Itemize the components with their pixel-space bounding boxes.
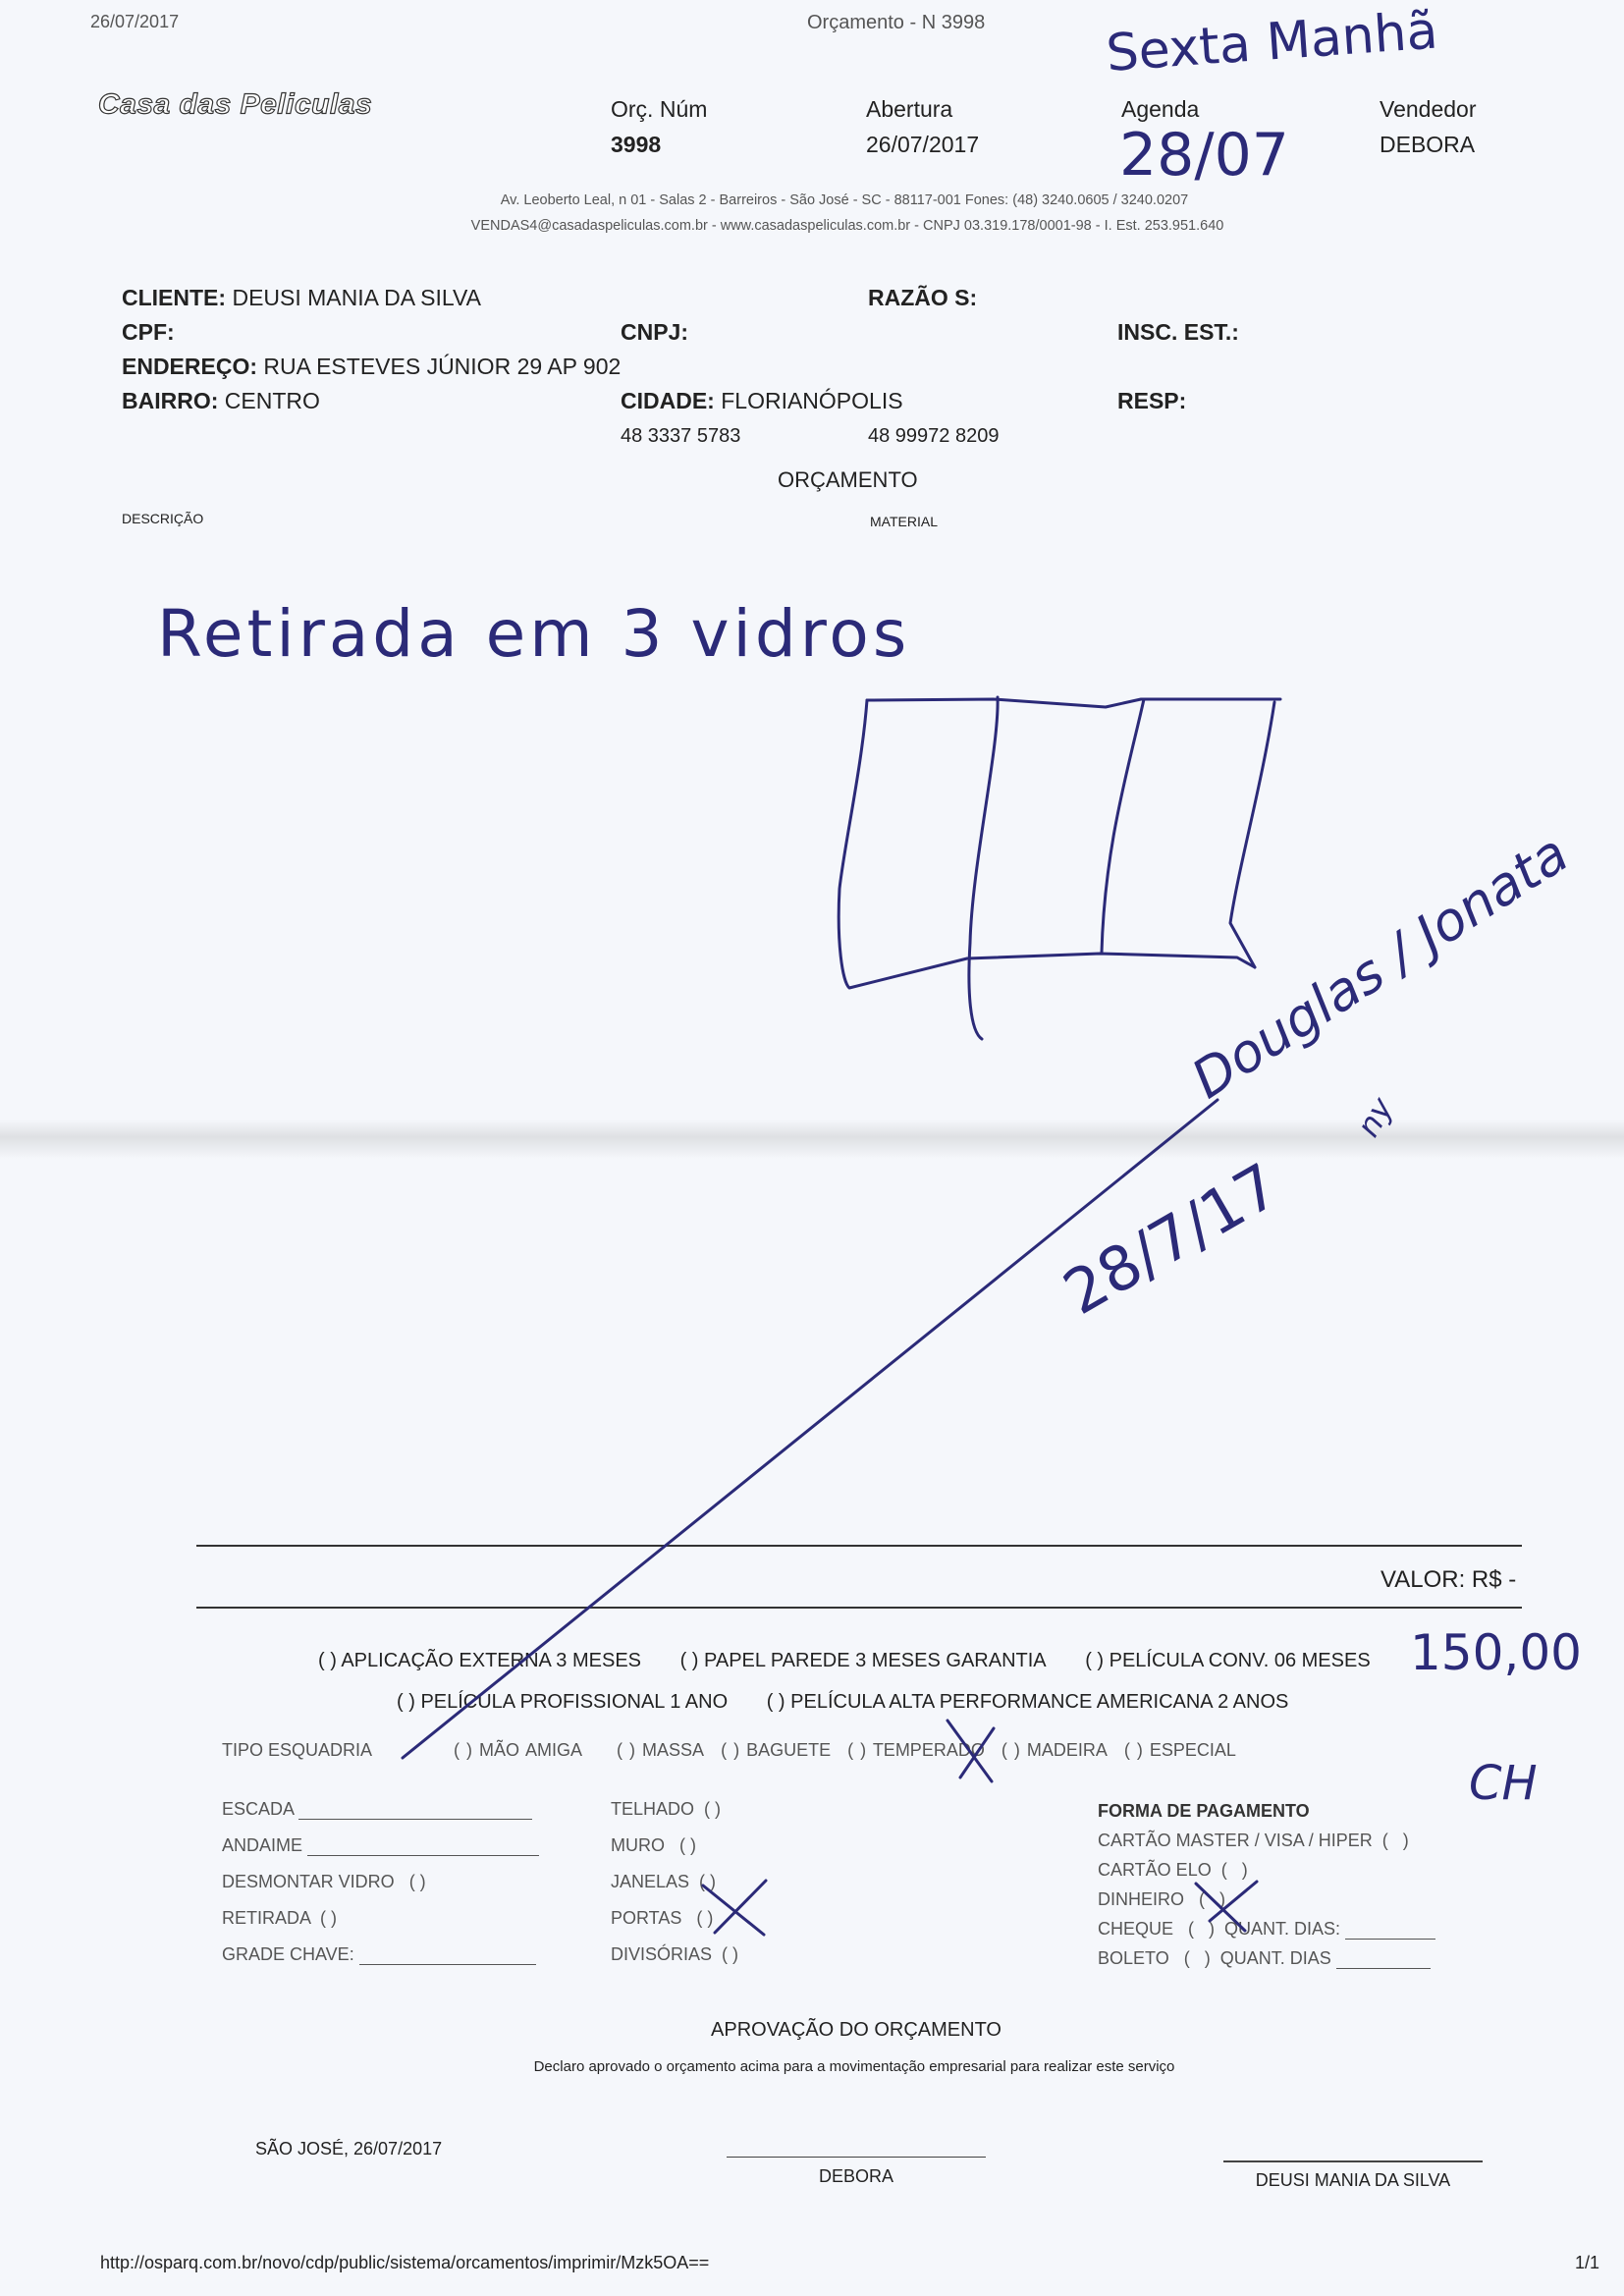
print-date: 26/07/2017 xyxy=(90,12,179,32)
insc-est-label: INSC. EST.: xyxy=(1117,319,1239,346)
descricao-label: DESCRIÇÃO xyxy=(122,511,203,526)
warranty-row-1: ( ) APLICAÇÃO EXTERNA 3 MESES ( ) PAPEL … xyxy=(318,1650,1404,1672)
company-contact: VENDAS4@casadaspeliculas.com.br - www.ca… xyxy=(0,218,1624,234)
vendedor-label: Vendedor xyxy=(1380,96,1476,123)
orc-num-label: Orç. Núm xyxy=(611,96,707,123)
service-andaime[interactable]: ANDAIME xyxy=(222,1835,539,1856)
address-field: ENDEREÇO: RUA ESTEVES JÚNIOR 29 AP 902 xyxy=(122,354,621,380)
service-retirada[interactable]: RETIRADA ( ) xyxy=(222,1908,337,1929)
divider-top xyxy=(196,1545,1522,1547)
bairro-field: BAIRRO: CENTRO xyxy=(122,388,320,414)
company-address: Av. Leoberto Leal, n 01 - Salas 2 - Barr… xyxy=(0,192,1624,208)
service-desmontar-vidro[interactable]: DESMONTAR VIDRO ( ) xyxy=(222,1872,426,1892)
boleto-days-blank[interactable] xyxy=(1336,1968,1431,1969)
bairro-label: BAIRRO: xyxy=(122,388,218,413)
warranty-option-american[interactable]: ( ) PELÍCULA ALTA PERFORMANCE AMERICANA … xyxy=(767,1691,1289,1713)
cidade-field: CIDADE: FLORIANÓPOLIS xyxy=(621,388,903,414)
grade-chave-blank[interactable] xyxy=(359,1964,536,1965)
handwritten-value: 150,00 xyxy=(1410,1624,1582,1681)
warranty-row-2: ( ) PELÍCULA PROFISSIONAL 1 ANO ( ) PELÍ… xyxy=(397,1691,1322,1714)
service-portas[interactable]: PORTAS ( ) xyxy=(611,1908,713,1929)
window-sketch xyxy=(839,697,1280,1039)
phone-1: 48 3337 5783 xyxy=(621,425,740,448)
quote-section-title: ORÇAMENTO xyxy=(778,467,918,493)
andaime-blank[interactable] xyxy=(307,1855,539,1856)
payment-title: FORMA DE PAGAMENTO xyxy=(1098,1801,1310,1822)
handwritten-signed-date: 28/7/17 xyxy=(1052,1149,1290,1329)
cheque-days-blank[interactable] xyxy=(1345,1939,1435,1940)
cnpj-label: CNPJ: xyxy=(621,319,688,346)
service-escada[interactable]: ESCADA xyxy=(222,1799,532,1820)
resp-label: RESP: xyxy=(1117,388,1186,414)
address-value: RUA ESTEVES JÚNIOR 29 AP 902 xyxy=(263,354,621,379)
bairro-value: CENTRO xyxy=(225,388,320,413)
handwritten-signature: Douglas / Jonata xyxy=(1181,822,1579,1111)
handwritten-top-note: Sexta Manhã xyxy=(1105,2,1440,83)
signer-company: DEBORA xyxy=(727,2166,986,2187)
warranty-option-conv[interactable]: ( ) PELÍCULA CONV. 06 MESES xyxy=(1085,1650,1370,1671)
client-name-field: CLIENTE: DEUSI MANIA DA SILVA xyxy=(122,285,481,311)
cidade-value: FLORIANÓPOLIS xyxy=(721,388,902,413)
esquadria-option-massa[interactable]: ( ) MASSA xyxy=(617,1740,704,1760)
abertura-label: Abertura xyxy=(866,96,952,123)
esquadria-option-baguete[interactable]: ( ) BAGUETE xyxy=(721,1740,831,1760)
phone-2: 48 99972 8209 xyxy=(868,425,999,448)
payment-option-elo[interactable]: CARTÃO ELO ( ) xyxy=(1098,1860,1248,1881)
handwritten-payment-initials: CH xyxy=(1469,1756,1538,1811)
cpf-label: CPF: xyxy=(122,319,175,346)
esquadria-option-madeira[interactable]: ( ) MADEIRA xyxy=(1001,1740,1108,1760)
esquadria-option-especial[interactable]: ( ) ESPECIAL xyxy=(1124,1740,1236,1760)
service-muro[interactable]: MURO ( ) xyxy=(611,1835,696,1856)
footer-page-number: 1/1 xyxy=(1575,2253,1599,2273)
warranty-option-professional[interactable]: ( ) PELÍCULA PROFISSIONAL 1 ANO xyxy=(397,1691,728,1713)
service-janelas[interactable]: JANELAS ( ) xyxy=(611,1872,716,1892)
escada-blank[interactable] xyxy=(298,1819,532,1820)
warranty-option-wallpaper[interactable]: ( ) PAPEL PAREDE 3 MESES GARANTIA xyxy=(680,1650,1047,1671)
vendedor-value: DEBORA xyxy=(1380,132,1475,158)
handwritten-description: Retirada em 3 vidros xyxy=(157,596,910,672)
service-divisorias[interactable]: DIVISÓRIAS ( ) xyxy=(611,1944,738,1965)
print-title: Orçamento - N 3998 xyxy=(807,12,985,34)
address-label: ENDEREÇO: xyxy=(122,354,257,379)
signature-line-company xyxy=(727,2157,986,2158)
place-date: SÃO JOSÉ, 26/07/2017 xyxy=(255,2139,442,2159)
signature-line-client xyxy=(1223,2160,1483,2162)
esquadria-label: TIPO ESQUADRIA xyxy=(222,1740,372,1761)
esquadria-options: ( ) MÃO AMIGA ( ) MASSA ( ) BAGUETE ( ) … xyxy=(454,1740,1236,1761)
warranty-option-external[interactable]: ( ) APLICAÇÃO EXTERNA 3 MESES xyxy=(318,1650,641,1671)
payment-option-cheque[interactable]: CHEQUE ( ) QUANT. DIAS: xyxy=(1098,1919,1435,1940)
footer-url[interactable]: http://osparq.com.br/novo/cdp/public/sis… xyxy=(100,2253,709,2273)
approval-title: APROVAÇÃO DO ORÇAMENTO xyxy=(0,2019,1624,2042)
signer-client: DEUSI MANIA DA SILVA xyxy=(1223,2170,1483,2191)
company-logo: Casa das Peliculas xyxy=(98,89,372,121)
service-grade-chave[interactable]: GRADE CHAVE: xyxy=(222,1944,536,1965)
abertura-value: 26/07/2017 xyxy=(866,132,979,158)
divider-bottom xyxy=(196,1607,1522,1609)
client-name-value: DEUSI MANIA DA SILVA xyxy=(232,285,481,310)
agenda-label: Agenda xyxy=(1121,96,1199,123)
razao-label: RAZÃO S: xyxy=(868,285,977,311)
valor-label: VALOR: R$ - xyxy=(1380,1566,1516,1594)
material-label: MATERIAL xyxy=(870,514,938,529)
approval-statement: Declaro aprovado o orçamento acima para … xyxy=(0,2058,1624,2075)
payment-option-dinheiro[interactable]: DINHEIRO ( ) xyxy=(1098,1889,1225,1910)
handwritten-agenda-date: 28/07 xyxy=(1119,121,1289,190)
cidade-label: CIDADE: xyxy=(621,388,715,413)
paper-fold-line xyxy=(0,1120,1624,1159)
client-name-label: CLIENTE: xyxy=(122,285,226,310)
esquadria-option-temperado[interactable]: ( ) TEMPERADO xyxy=(847,1740,985,1760)
payment-option-card[interactable]: CARTÃO MASTER / VISA / HIPER ( ) xyxy=(1098,1831,1409,1851)
esquadria-option-mao-amiga[interactable]: ( ) MÃO AMIGA xyxy=(454,1740,582,1760)
payment-option-boleto[interactable]: BOLETO ( ) QUANT. DIAS xyxy=(1098,1948,1431,1969)
orc-num-value: 3998 xyxy=(611,132,661,158)
service-telhado[interactable]: TELHADO ( ) xyxy=(611,1799,721,1820)
